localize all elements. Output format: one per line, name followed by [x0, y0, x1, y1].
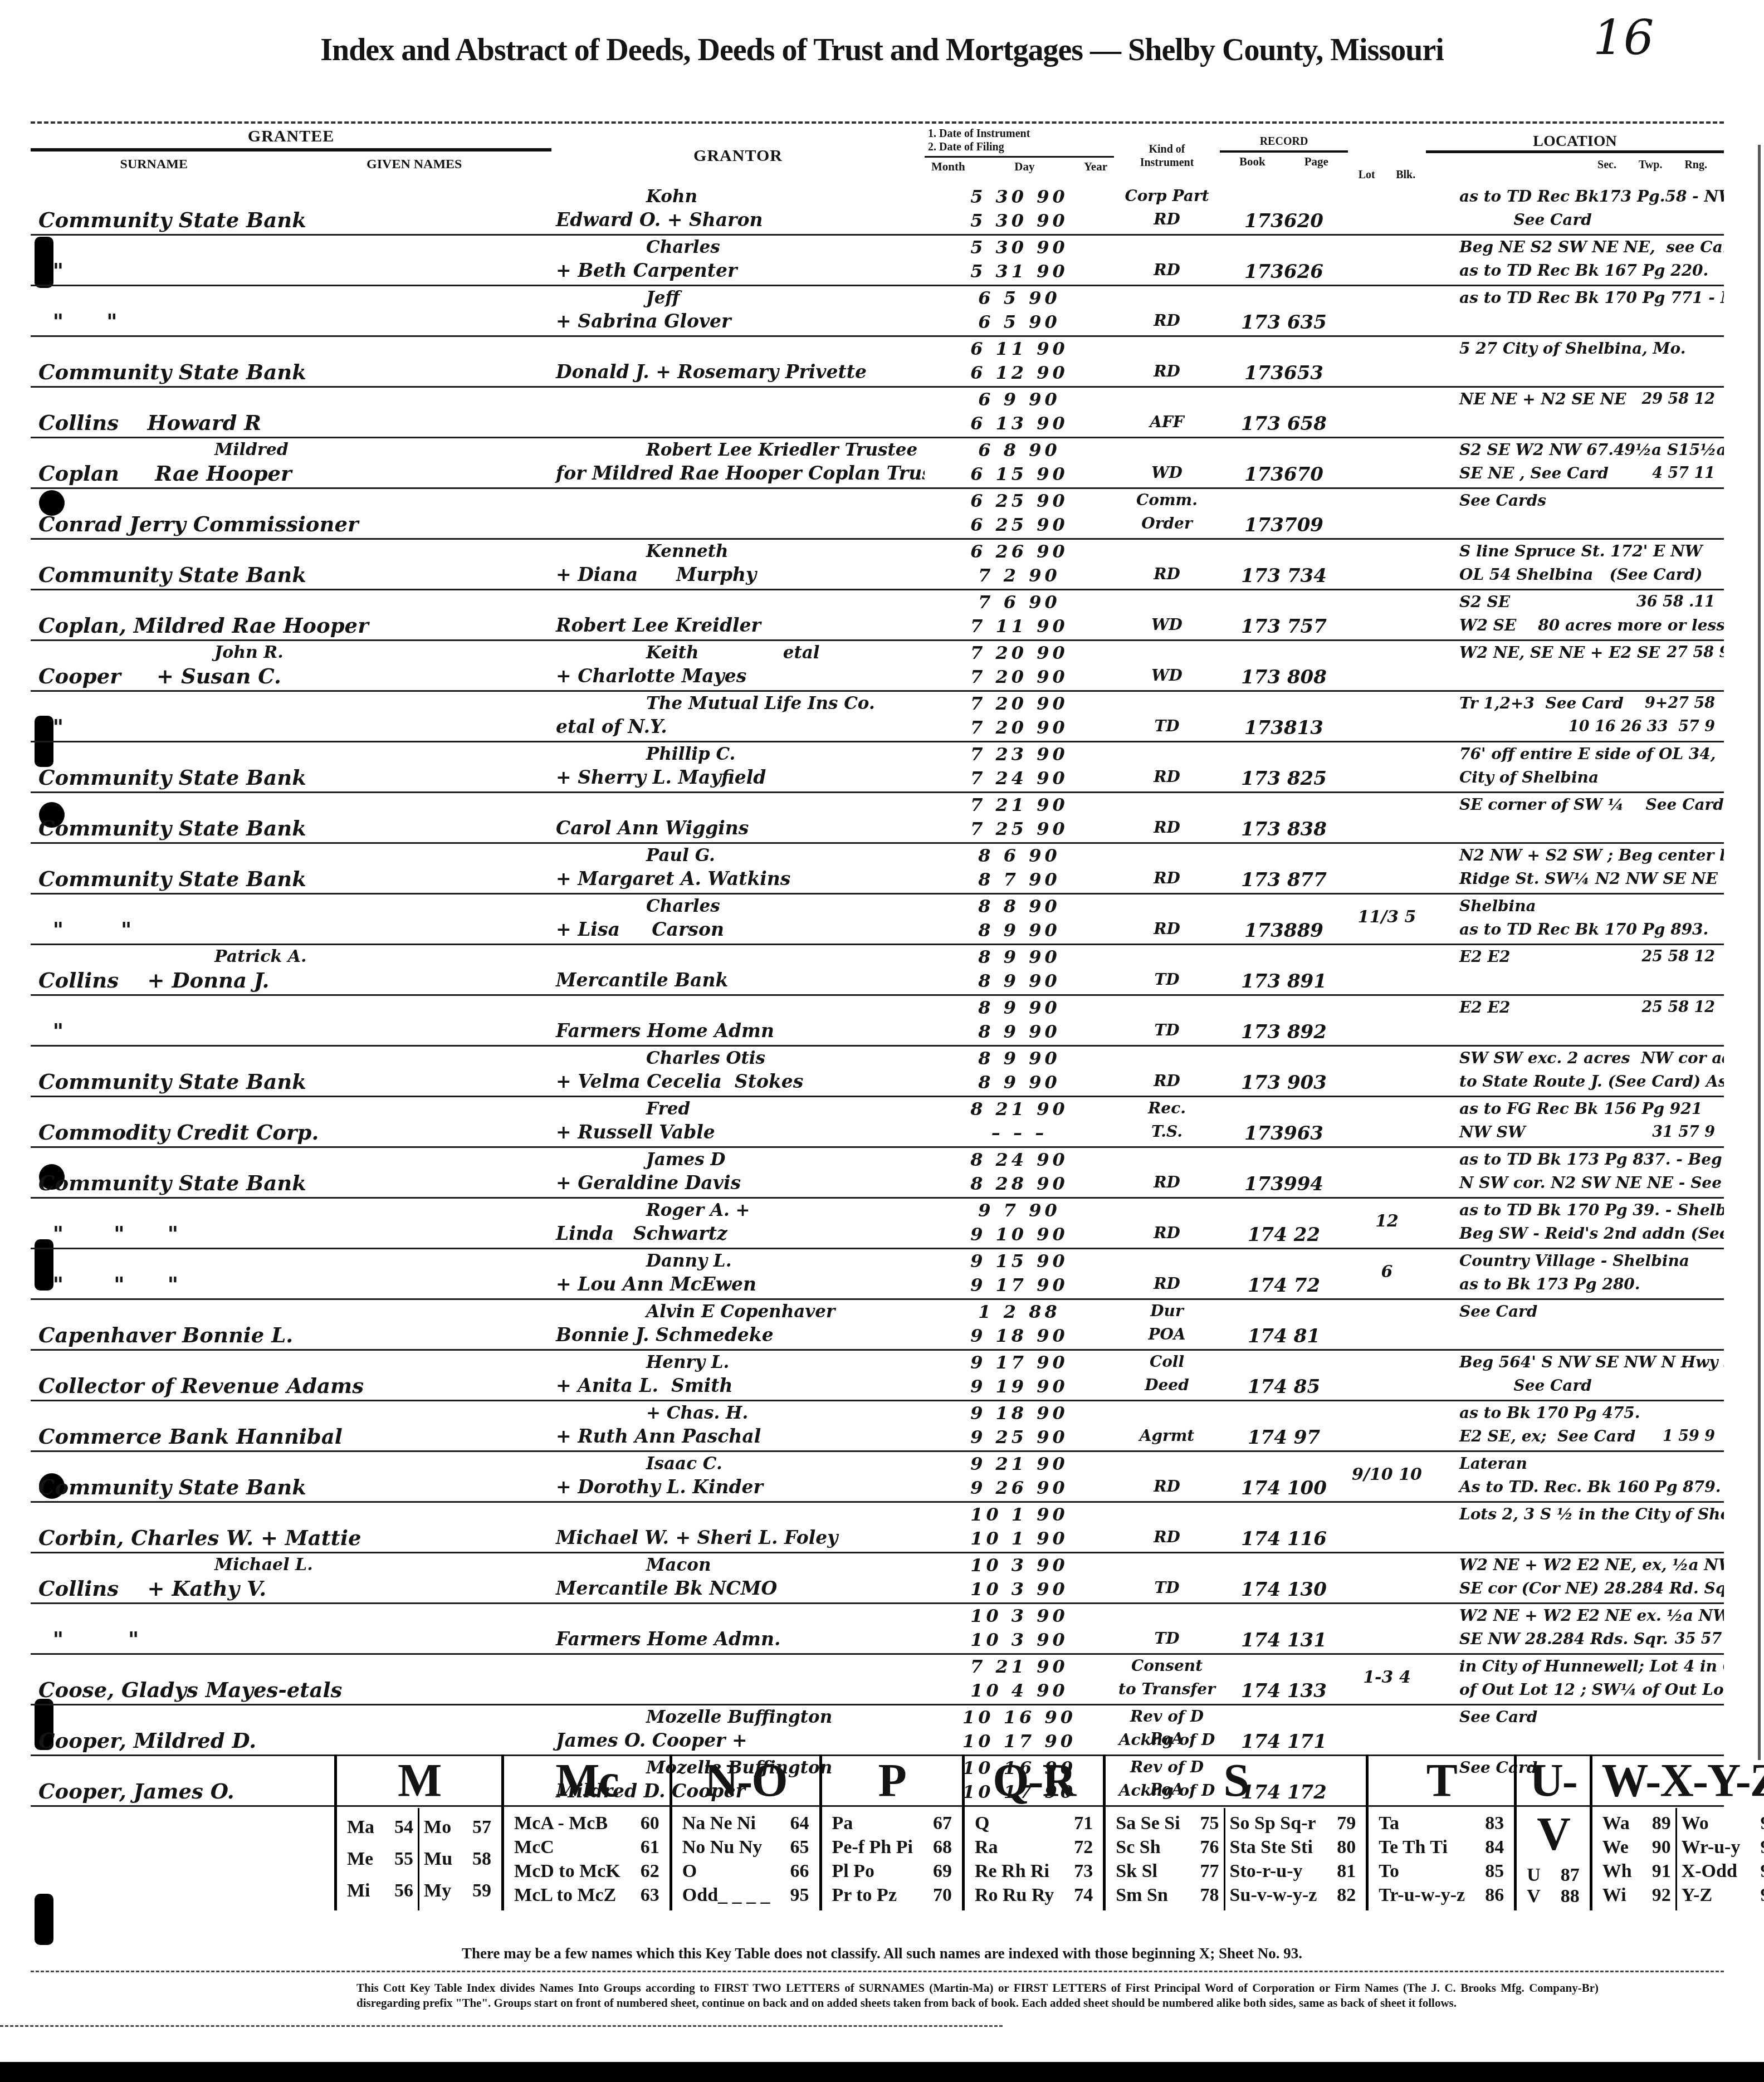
grantee-cell: "	[31, 692, 551, 741]
lot-blk-value	[1348, 1047, 1426, 1058]
date-of-filing: 6 12 90	[925, 361, 1114, 385]
record-cell: 174 81	[1220, 1300, 1348, 1349]
key-group-heading: T	[1374, 1754, 1508, 1808]
date-of-filing: 9 19 90	[925, 1375, 1114, 1399]
date-of-filing: 9 18 90	[925, 1324, 1114, 1348]
key-range: Pe-f Ph Pi	[832, 1837, 913, 1858]
grantee-name: Collins Howard R	[31, 411, 551, 436]
kind-cell: Agrmt	[1114, 1401, 1220, 1450]
record-cell: 174 22	[1220, 1199, 1348, 1248]
given-names-label: GIVEN NAMES	[367, 157, 462, 172]
key-range: Wa	[1602, 1813, 1630, 1834]
location-line1: See Card	[1459, 1300, 1537, 1323]
grantee-given-top	[31, 590, 551, 614]
record-book-page: 173 757	[1220, 590, 1348, 638]
grantor-line2: Mercantile Bank	[551, 969, 925, 993]
key-entry: McA - McB60	[514, 1813, 659, 1834]
kind-line2: Ackng of D PoA	[1114, 1729, 1220, 1752]
key-entry: McL to McZ63	[514, 1885, 659, 1906]
grantee-cell: Community State Bank	[31, 540, 551, 589]
sec-twp-rng-2	[1708, 1374, 1715, 1397]
key-range: Pl Po	[832, 1861, 874, 1882]
location-line1: S2 SE W2 NW 67.49½a S15½a	[1459, 438, 1724, 462]
grantor-line1	[551, 1655, 925, 1678]
key-sheet-number: 93	[1750, 1813, 1764, 1834]
date-of-instrument: 9 15 90	[925, 1249, 1114, 1273]
location-cell: as to TD Bk 170 Pg 39. - Shelbina Beg SW…	[1426, 1199, 1724, 1248]
grantor-cell: Henry L. + Anita L. Smith	[551, 1351, 925, 1400]
location-line2: W2 SE 80 acres more or less	[1459, 614, 1724, 637]
date-of-filing: 9 26 90	[925, 1476, 1114, 1500]
kind-line1	[1114, 641, 1220, 664]
grantee-cell: Capenhaver Bonnie L.	[31, 1300, 551, 1349]
ledger-row: " The Mutual Life Ins Co. etal of N.Y. 7…	[31, 692, 1724, 742]
date-of-instrument: 6 11 90	[925, 337, 1114, 361]
record-cell: 174 171	[1220, 1705, 1348, 1754]
grantor-line1: The Mutual Life Ins Co.	[551, 692, 925, 715]
grantor-cell: Robert Lee Kriedler Trustee for Mildred …	[551, 438, 925, 487]
grantor-line1: James D	[551, 1148, 925, 1171]
sec-twp-rng-2	[1708, 1526, 1715, 1550]
key-sheet-number: 80	[1327, 1837, 1356, 1858]
location-line1: NE NE + N2 SE NE	[1459, 388, 1626, 411]
key-entry: Tr-u-w-y-z86	[1379, 1885, 1504, 1906]
lot-blk-value	[1348, 1097, 1426, 1108]
location-line1: as to Bk 170 Pg 475.	[1459, 1401, 1640, 1425]
grantor-cell: Mozelle Buffington James O. Cooper +	[551, 1705, 925, 1754]
lot-blk-cell: 12	[1348, 1199, 1426, 1248]
sec-twp-rng-1	[1716, 742, 1723, 766]
date-of-instrument: 9 17 90	[925, 1351, 1114, 1375]
date-of-filing: 5 30 90	[925, 209, 1114, 233]
date-of-filing: 5 31 90	[925, 260, 1114, 284]
kind-cell: TD	[1114, 1604, 1220, 1653]
date-of-instrument: 10 3 90	[925, 1553, 1114, 1577]
location-cell: as to FG Rec Bk 156 Pg 921 NW SW31 57 9	[1426, 1097, 1724, 1146]
date-cell: 10 3 90 10 3 90	[925, 1604, 1114, 1653]
grantee-cell: Collins Howard R	[31, 388, 551, 437]
key-range: So Sp Sq-r	[1230, 1813, 1316, 1834]
location-cell: S2 SE W2 NW 67.49½a S15½a3/36 58.11 SE N…	[1426, 438, 1724, 487]
key-range: Ma	[347, 1817, 374, 1838]
grantee-cell: " "	[31, 895, 551, 944]
key-sheet-number: 57	[462, 1817, 491, 1838]
lot-blk-cell	[1348, 590, 1426, 639]
kind-cell: RD	[1114, 337, 1220, 386]
date-of-filing: 10 4 90	[925, 1679, 1114, 1703]
lot-blk-value	[1348, 1300, 1426, 1311]
grantee-name: Community State Bank	[31, 1171, 551, 1196]
sec-twp-rng-1	[1708, 895, 1715, 918]
grantee-name: Conrad Jerry Commissioner	[31, 512, 551, 537]
date-cell: 9 18 90 9 25 90	[925, 1401, 1114, 1450]
date-of-filing: 7 2 90	[925, 564, 1114, 588]
grantor-cell: Phillip C. + Sherry L. Mayfield	[551, 742, 925, 791]
binder-hole	[35, 1894, 53, 1945]
lot-blk-value	[1348, 1705, 1426, 1717]
location-line2: As to TD. Rec. Bk 160 Pg 879.	[1459, 1475, 1721, 1499]
key-entry: Ma54	[347, 1817, 413, 1838]
location-cell: W2 NE, SE NE + E2 SE27 58 9	[1426, 641, 1724, 690]
date-of-instrument: 5 30 90	[925, 236, 1114, 260]
kind-line2: WD	[1114, 462, 1220, 485]
grantor-line2: + Lisa Carson	[551, 918, 925, 942]
kind-line2: RD	[1114, 817, 1220, 840]
location-cell: See Card	[1426, 1300, 1724, 1349]
grantee-given-top	[31, 1604, 551, 1628]
kind-line2: Deed	[1114, 1374, 1220, 1397]
sec-twp-rng-2: 1 59 9	[1656, 1425, 1715, 1448]
date-cell: 10 1 90 10 1 90	[925, 1503, 1114, 1552]
location-line1: as to TD Rec Bk173 Pg.58 - NW NE + NE NW	[1459, 185, 1724, 208]
date-of-instrument: 6 8 90	[925, 438, 1114, 462]
key-entry: Wo93	[1682, 1813, 1764, 1834]
sec-twp-rng-2	[1708, 766, 1715, 789]
location-line1: 76' off entire E side of OL 34,	[1459, 742, 1716, 766]
kind-cell: RD	[1114, 540, 1220, 589]
record-cell: 174 85	[1220, 1351, 1348, 1400]
grantor-cell: The Mutual Life Ins Co. etal of N.Y.	[551, 692, 925, 741]
lot-blk-value	[1348, 742, 1426, 754]
key-entry: Wh91	[1602, 1861, 1671, 1882]
location-cell: See Cards	[1426, 489, 1724, 538]
grantee-given-top	[31, 844, 551, 867]
location-line1: Shelbina	[1459, 895, 1536, 918]
grantor-cell: Donald J. + Rosemary Privette	[551, 337, 925, 386]
year-label: Year	[1084, 160, 1107, 174]
grantor-line2: + Dorothy L. Kinder	[551, 1475, 925, 1500]
grantor-line1: Jeff	[551, 286, 925, 310]
record-cell: 173 808	[1220, 641, 1348, 690]
grantee-label: GRANTEE	[31, 127, 551, 146]
kind-of-label: Kind of	[1114, 143, 1220, 156]
key-sheet-number: 71	[1064, 1813, 1093, 1834]
key-sheet-number: 73	[1064, 1861, 1093, 1882]
date-of-instrument: 10 1 90	[925, 1503, 1114, 1527]
lot-blk-cell	[1348, 1097, 1426, 1146]
grantor-line1: Phillip C.	[551, 742, 925, 766]
key-entry: Mu58	[424, 1849, 491, 1870]
sec-twp-rng-2	[1708, 1273, 1715, 1296]
kind-line2: TD	[1114, 969, 1220, 992]
record-cell: 173889	[1220, 895, 1348, 944]
sec-twp-rng-2	[1708, 1323, 1715, 1347]
ledger-row: Community State Bank Donald J. + Rosemar…	[31, 337, 1724, 388]
grantee-cell: Commerce Bank Hannibal	[31, 1401, 551, 1450]
key-sheet-number: 87	[1551, 1865, 1580, 1886]
record-header: RECORD Book Page	[1220, 127, 1348, 185]
date-cell: 9 21 90 9 26 90	[925, 1452, 1114, 1501]
key-range: Mo	[424, 1817, 451, 1838]
grantee-cell: Collector of Revenue Adams	[31, 1351, 551, 1400]
key-group-heading: W-X-Y-Z	[1598, 1754, 1764, 1808]
key-group-p: P Pa67Pe-f Ph Pi68Pl Po69Pr to Pz70	[819, 1754, 962, 1910]
key-group-heading: Mc	[510, 1754, 664, 1808]
kind-cell: RD	[1114, 236, 1220, 285]
location-line2: SE NW 28.284 Rds. Sqr.	[1459, 1628, 1668, 1651]
key-sheet-number: 62	[631, 1861, 659, 1882]
grantor-line1: + Chas. H.	[551, 1401, 925, 1425]
record-book-page: 174 81	[1220, 1300, 1348, 1348]
key-range: Su-v-w-y-z	[1230, 1885, 1317, 1906]
grantee-given-top: Mildred	[31, 438, 551, 462]
grantee-cell: Community State Bank	[31, 185, 551, 234]
date-cell: 8 9 90 8 9 90	[925, 945, 1114, 994]
key-entry: Sa Se Si75	[1116, 1813, 1219, 1834]
key-group-heading: M	[343, 1754, 496, 1808]
lot-blk-value	[1348, 1553, 1426, 1565]
location-cell: as to TD Bk 173 Pg 837. - Beg 163'4" N S…	[1426, 1148, 1724, 1197]
location-line2: See Card	[1459, 1374, 1592, 1397]
sec-twp-rng-1	[1708, 489, 1715, 512]
record-book-page: 174 116	[1220, 1503, 1348, 1551]
date-of-filing: 7 11 90	[925, 614, 1114, 638]
grantor-line1	[551, 388, 925, 411]
cott-key-table: M Ma54Me55Mi56 Mo57Mu58My59 Mc McA - McB…	[334, 1754, 1515, 1910]
location-line2: See Card	[1459, 208, 1592, 232]
kind-line1: Rec.	[1114, 1097, 1220, 1121]
date-cell: 8 9 90 8 9 90	[925, 1047, 1114, 1096]
grantee-name: Collins + Kathy V.	[31, 1577, 551, 1601]
record-book-page: 174 97	[1220, 1401, 1348, 1449]
ledger-row: " " Charles + Lisa Carson 8 8 90 8 9 90 …	[31, 895, 1724, 945]
surname-label: SURNAME	[120, 157, 188, 172]
grantor-header: GRANTOR	[551, 127, 925, 185]
date-of-instrument: 8 8 90	[925, 895, 1114, 918]
key-range: To	[1379, 1861, 1399, 1882]
location-line1: in City of Hunnewell; Lot 4 in Co's Subd…	[1459, 1655, 1724, 1678]
date-of-instrument: 7 20 90	[925, 641, 1114, 665]
grantee-name: Corbin, Charles W. + Mattie	[31, 1526, 551, 1551]
grantee-cell: Conrad Jerry Commissioner	[31, 489, 551, 538]
grantor-cell: + Chas. H. + Ruth Ann Paschal	[551, 1401, 925, 1450]
kind-line1	[1114, 945, 1220, 969]
sec-twp-rng-2	[1708, 512, 1715, 536]
grantee-given-top	[31, 489, 551, 512]
key-range: Na Ne Ni	[682, 1813, 756, 1834]
location-line1: W2 NE + W2 E2 NE ex. ½a NW cor	[1459, 1604, 1724, 1628]
lot-blk-cell	[1348, 1705, 1426, 1754]
location-cell: Beg 564' S NW SE NW N Hwy 3610 56 9 See …	[1426, 1351, 1724, 1400]
key-group-heading: Q-R	[970, 1754, 1097, 1808]
grantor-cell	[551, 489, 925, 538]
date-of-instrument: 5 30 90	[925, 185, 1114, 209]
lot-blk-value: 1-3 4	[1348, 1655, 1426, 1689]
sec-twp-rng-2	[1708, 563, 1715, 587]
grantor-line2: + Beth Carpenter	[551, 259, 925, 284]
sec-twp-rng-1: 29 58 12	[1635, 388, 1715, 411]
lot-blk-value	[1348, 945, 1426, 956]
grantee-given-top	[31, 1097, 551, 1121]
location-line1: S line Spruce St. 172' E NW	[1459, 540, 1702, 563]
grantee-given-top	[31, 1300, 551, 1323]
key-entry: Y-Z96	[1682, 1885, 1764, 1906]
grantee-cell: Commodity Credit Corp.	[31, 1097, 551, 1146]
key-sheet-number: 79	[1327, 1813, 1356, 1834]
kind-line1	[1114, 590, 1220, 614]
grantee-given-top	[31, 236, 551, 259]
key-entry: Ro Ru Ry74	[975, 1885, 1093, 1906]
lot-blk-value	[1348, 388, 1426, 399]
key-entry: U87	[1527, 1865, 1580, 1886]
kind-line1: Comm.	[1114, 489, 1220, 512]
grantor-cell: Kohn Edward O. + Sharon	[551, 185, 925, 234]
grantee-given-top	[31, 1401, 551, 1425]
date-cell: 7 20 90 7 20 90	[925, 692, 1114, 741]
date-of-filing: – – –	[925, 1121, 1114, 1145]
divider	[31, 148, 551, 151]
lot-blk-cell: 6	[1348, 1249, 1426, 1298]
ledger-row: " Charles + Beth Carpenter 5 30 90 5 31 …	[31, 236, 1724, 286]
grantor-line2: + Ruth Ann Paschal	[551, 1425, 925, 1449]
key-sheet-number: 65	[780, 1837, 809, 1858]
grantee-header: GRANTEE SURNAME GIVEN NAMES	[31, 127, 551, 185]
key-sheet-number: 82	[1327, 1885, 1356, 1906]
kind-line2: TD	[1114, 1577, 1220, 1600]
record-cell: 173 734	[1220, 540, 1348, 589]
key-sheet-number: 61	[631, 1837, 659, 1858]
grantor-cell: Kenneth + Diana Murphy	[551, 540, 925, 589]
date-of-filing: 8 28 90	[925, 1172, 1114, 1196]
grantee-name: Community State Bank	[31, 360, 551, 385]
grantor-cell	[551, 1655, 925, 1704]
sec-twp-rng-2: 31 57 9	[1645, 1121, 1715, 1144]
key-range: Wh	[1602, 1861, 1632, 1882]
key-range: Mu	[424, 1849, 452, 1870]
ledger-row: " Farmers Home Admn 8 9 90 8 9 90 TD 173…	[31, 996, 1724, 1047]
date-of-filing: 10 3 90	[925, 1628, 1114, 1652]
key-range: Ra	[975, 1837, 998, 1858]
sec-twp-rng-2	[1708, 817, 1715, 840]
kind-cell: Corp Part RD	[1114, 185, 1220, 234]
sec-twp-rng-1	[1708, 1249, 1715, 1273]
key-range: Ro Ru Ry	[975, 1885, 1054, 1906]
ledger-row: Community State Bank James D + Geraldine…	[31, 1148, 1724, 1199]
kind-line1	[1114, 1553, 1220, 1577]
record-book-page: 173 838	[1220, 793, 1348, 841]
grantee-name: Community State Bank	[31, 817, 551, 841]
grantee-name: " "	[31, 1628, 551, 1652]
kind-cell: RD	[1114, 844, 1220, 893]
grantee-name: Coose, Gladys Mayes-etals	[31, 1678, 551, 1703]
location-cell: as to TD Rec Bk173 Pg.58 - NW NE + NE NW…	[1426, 185, 1724, 234]
location-line1: SE corner of SW ¼ See Card	[1459, 793, 1724, 817]
date-of-filing: 6 13 90	[925, 412, 1114, 436]
lot-blk-cell	[1348, 489, 1426, 538]
location-cell: SW SW exc. 2 acres NW cor adj.27.59.10 t…	[1426, 1047, 1724, 1096]
date-cell: 10 16 90 10 17 90	[925, 1705, 1114, 1754]
location-cell: as to Bk 170 Pg 475. E2 SE, ex; See Card…	[1426, 1401, 1724, 1450]
lot-blk-value	[1348, 1401, 1426, 1413]
kind-line2: RD	[1114, 360, 1220, 384]
date-of-filing-label: 2. Date of Filing	[925, 140, 1114, 154]
ledger-row: " " Farmers Home Admn. 10 3 90 10 3 90 T…	[31, 1604, 1724, 1655]
kind-cell: TD	[1114, 945, 1220, 994]
kind-cell: Coll Deed	[1114, 1351, 1220, 1400]
grantee-cell: Community State Bank	[31, 844, 551, 893]
lot-blk-cell: 1-3 4	[1348, 1655, 1426, 1704]
grantee-name: " "	[31, 918, 551, 942]
key-range: McL to McZ	[514, 1885, 616, 1906]
grantee-given-top	[31, 742, 551, 766]
key-entry: Mo57	[424, 1817, 491, 1838]
grantor-line1	[551, 1503, 925, 1526]
record-book-page: 174 22	[1220, 1199, 1348, 1247]
lot-blk-cell	[1348, 185, 1426, 234]
record-book-page: 173994	[1220, 1148, 1348, 1196]
key-entry: V88	[1527, 1886, 1580, 1907]
record-cell: 173 658	[1220, 388, 1348, 437]
key-sheet-number: 69	[923, 1861, 952, 1882]
key-sheet-number: 88	[1551, 1886, 1580, 1907]
date-of-instrument: 9 21 90	[925, 1452, 1114, 1476]
location-header: LOCATION Sec. Twp. Rng.	[1426, 127, 1724, 185]
key-range: McC	[514, 1837, 554, 1858]
lot-blk-value	[1348, 286, 1426, 297]
record-cell: 174 100	[1220, 1452, 1348, 1501]
location-line1: N2 NW + S2 SW ; Beg center line	[1459, 844, 1724, 867]
key-group-m: M Ma54Me55Mi56 Mo57Mu58My59	[334, 1754, 501, 1910]
location-cell: in City of Hunnewell; Lot 4 in Co's Subd…	[1426, 1655, 1724, 1704]
grantor-line2: Carol Ann Wiggins	[551, 817, 925, 841]
date-cell: 6 9 90 6 13 90	[925, 388, 1114, 437]
location-cell: Lots 2, 3 S ½ in the City of Shelbina	[1426, 1503, 1724, 1552]
grantee-given-top	[31, 793, 551, 817]
kind-cell: RD	[1114, 286, 1220, 335]
sec-twp-rng-1: 25 58 12	[1635, 945, 1715, 969]
key-range: Sta Ste Sti	[1230, 1837, 1313, 1858]
key-entry: Me55	[347, 1849, 413, 1870]
sec-twp-rng-2	[1708, 664, 1715, 688]
key-entry: So Sp Sq-r79	[1230, 1813, 1356, 1834]
lot-blk-cell	[1348, 1300, 1426, 1349]
lot-blk-cell	[1348, 1503, 1426, 1552]
grantor-cell: Alvin E Copenhaver Bonnie J. Schmedeke	[551, 1300, 925, 1349]
date-of-filing: 6 5 90	[925, 310, 1114, 334]
grantor-line2: Edward O. + Sharon	[551, 208, 925, 233]
date-of-filing: 8 9 90	[925, 1020, 1114, 1044]
key-entry: Pr to Pz70	[832, 1885, 952, 1906]
grantee-name: Community State Bank	[31, 563, 551, 588]
location-line1: Beg NE S2 SW NE NE, see Card	[1459, 236, 1724, 259]
key-entry: Sk Sl77	[1116, 1861, 1219, 1882]
location-line2: SE NE , See Card	[1459, 462, 1609, 485]
grantee-cell: " "	[31, 1604, 551, 1653]
grantor-line1: Charles	[551, 236, 925, 259]
lot-blk-value	[1348, 590, 1426, 602]
key-sheet-number: 58	[462, 1849, 491, 1870]
date-cell: 6 25 90 6 25 90	[925, 489, 1114, 538]
key-sheet-number: 78	[1190, 1885, 1219, 1906]
grantee-given-top	[31, 1351, 551, 1374]
date-of-filing: 9 17 90	[925, 1273, 1114, 1297]
grantee-name: Commerce Bank Hannibal	[31, 1425, 551, 1449]
kind-line2: RD	[1114, 563, 1220, 587]
record-cell: 173709	[1220, 489, 1348, 538]
grantor-line2: Donald J. + Rosemary Privette	[551, 360, 925, 385]
record-cell: 174 116	[1220, 1503, 1348, 1552]
grantor-line2: + Sherry L. Mayfield	[551, 766, 925, 790]
grantor-cell: Danny L. + Lou Ann McEwen	[551, 1249, 925, 1298]
date-cell: 5 30 90 5 31 90	[925, 236, 1114, 285]
ledger-row: Commodity Credit Corp. Fred + Russell Va…	[31, 1097, 1724, 1148]
kind-line2: Order	[1114, 512, 1220, 536]
grantor-cell	[551, 388, 925, 437]
sec-twp-rng-2: 10 16 26 33 57 9	[1562, 715, 1715, 739]
lot-blk-cell	[1348, 1553, 1426, 1602]
key-entry: Wi92	[1602, 1885, 1671, 1906]
record-book-page: 173620	[1220, 185, 1348, 233]
